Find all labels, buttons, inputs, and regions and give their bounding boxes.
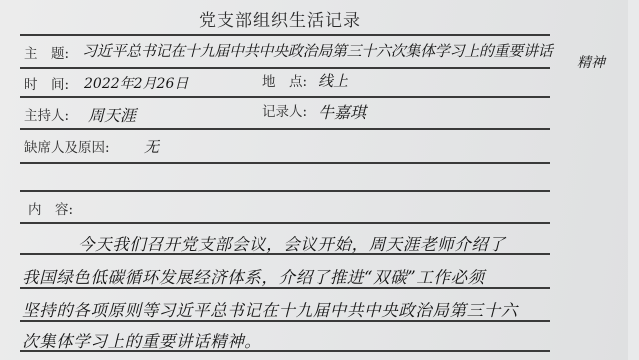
content-line: 坚持的各项原则等习近平总书记在十九届中共中央政治局第三十六 — [22, 297, 518, 321]
topic-overflow: 精神 — [577, 52, 605, 72]
content-label: 内 容: — [28, 198, 73, 218]
place-label: 地 点: — [262, 70, 307, 90]
recorder-value: 牛嘉琪 — [318, 100, 366, 123]
document-title: 党支部组织生活记录 — [0, 6, 560, 31]
record-sheet: 党支部组织生活记录 主 题: 习近平总书记在十九届中共中央政治局第三十六次集体学… — [0, 0, 628, 360]
rule-line — [20, 162, 550, 164]
rule-line — [20, 190, 550, 192]
rule-line — [20, 320, 550, 322]
rule-line — [20, 34, 550, 36]
rule-line — [20, 287, 550, 289]
absentees-label: 缺席人及原因: — [24, 136, 110, 156]
rule-line — [20, 67, 550, 69]
rule-line — [20, 253, 550, 255]
topic-label: 主 题: — [24, 42, 69, 62]
content-line: 我国绿色低碳循环发展经济体系，介绍了推进“双碳”工作必须 — [22, 264, 485, 288]
place-value: 线上 — [318, 70, 348, 91]
content-line: 次集体学习上的重要讲话精神。 — [22, 328, 261, 352]
time-label: 时 间: — [24, 73, 69, 93]
content-line: 今天我们召开党支部会议，会议开始，周天涯老师介绍了 — [78, 231, 506, 255]
rule-line — [20, 222, 550, 224]
rule-line — [20, 96, 550, 98]
host-value: 周天涯 — [88, 103, 136, 126]
host-label: 主持人: — [24, 104, 69, 124]
rule-line — [20, 350, 550, 352]
absentees-value: 无 — [144, 136, 159, 157]
recorder-label: 记录人: — [262, 100, 307, 120]
time-value: 2022年2月26日 — [84, 73, 188, 93]
page-edge — [628, 0, 639, 360]
topic-value: 习近平总书记在十九届中共中央政治局第三十六次集体学习上的重要讲话 — [82, 40, 552, 61]
rule-line — [20, 128, 550, 130]
